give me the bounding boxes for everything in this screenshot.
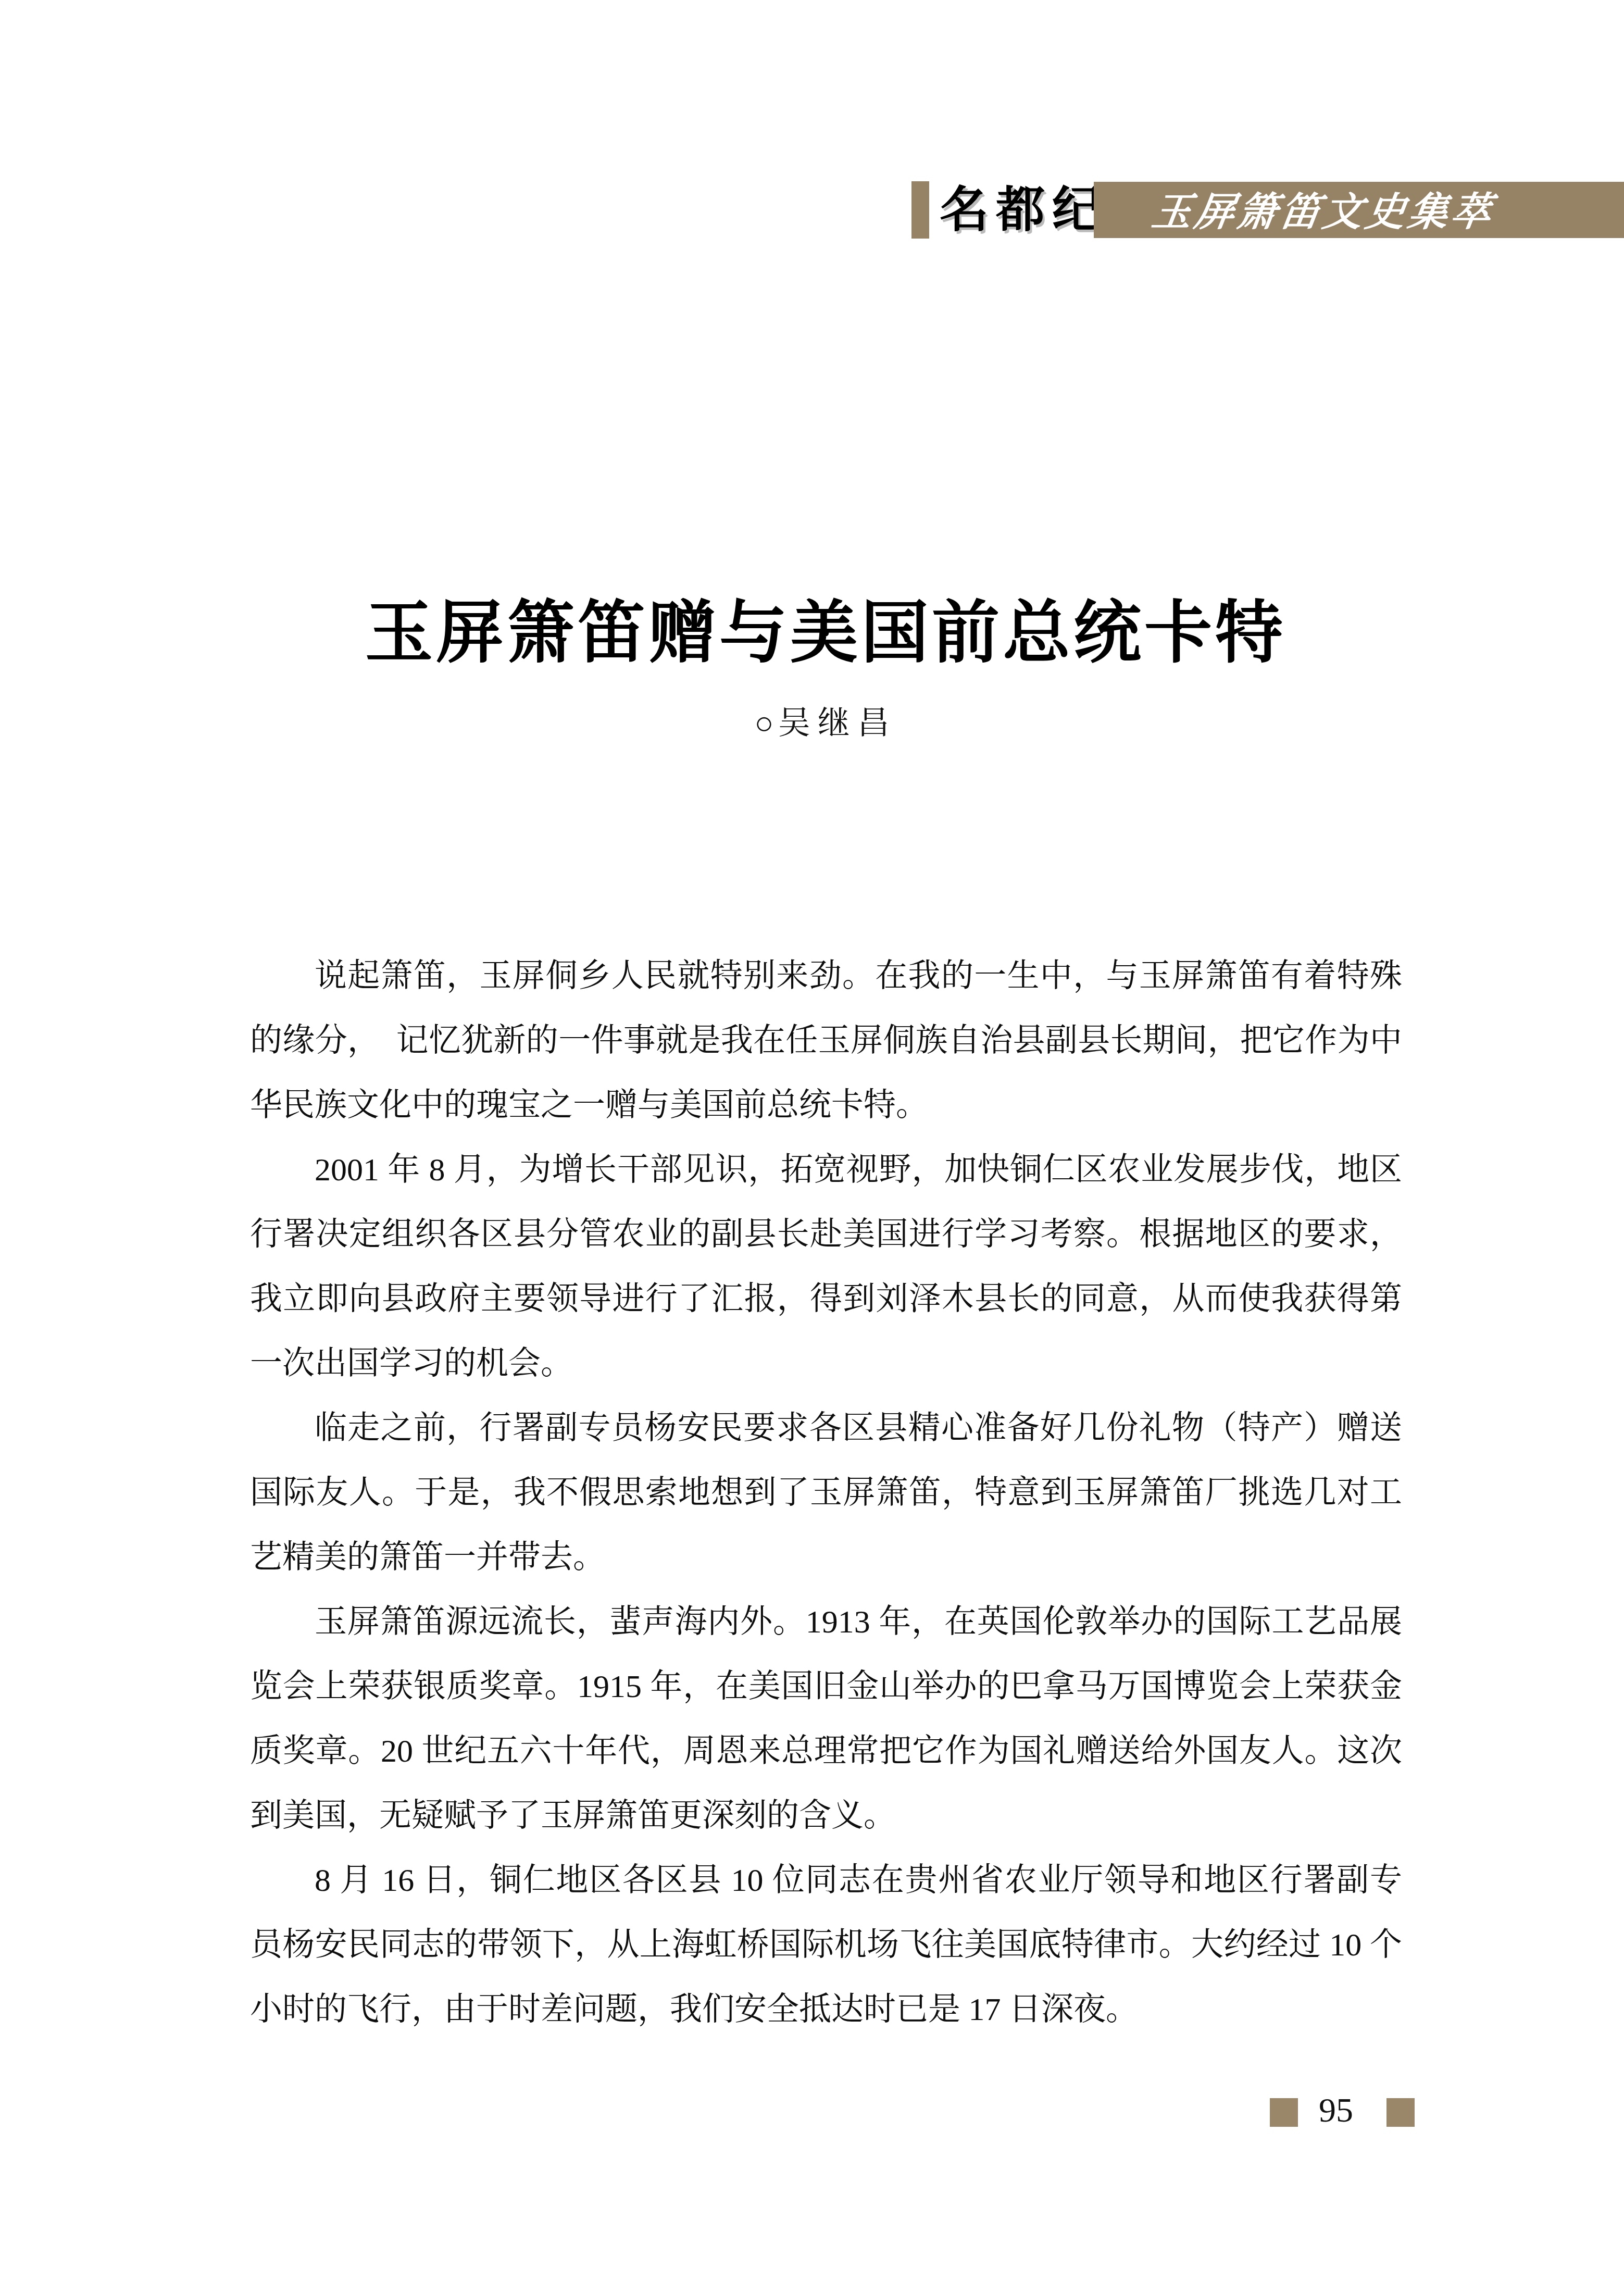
byline-marker: ○ [754, 706, 778, 741]
byline: ○吴继昌 [250, 697, 1401, 743]
header-banner: 玉屏箫笛文史集萃 [1094, 182, 1624, 238]
footer-right-square [1386, 2098, 1415, 2127]
paragraph: 临走之前，行署副专员杨安民要求各区县精心准备好几份礼物（特产）赠送国际友人。于是… [250, 1396, 1402, 1590]
scanned-document-page: { "theme": { "accent_color": "#968264", … [0, 0, 1624, 2269]
paragraph: 2001 年 8 月，为增长干部见识，拓宽视野，加快铜仁区农业发展步伐，地区行署… [250, 1138, 1402, 1396]
paragraph: 8 月 16 日，铜仁地区各区县 10 位同志在贵州省农业厅领导和地区行署副专员… [250, 1848, 1402, 2042]
paragraph: 说起箫笛，玉屏侗乡人民就特别来劲。在我的一生中，与玉屏箫笛有着特殊的缘分， 记忆… [250, 944, 1402, 1138]
header-accent-bar [911, 181, 929, 239]
article-title: 玉屏箫笛赠与美国前总统卡特 [250, 591, 1401, 676]
paragraph: 玉屏箫笛源远流长，蜚声海内外。1913 年，在英国伦敦举办的国际工艺品展览会上荣… [250, 1590, 1402, 1848]
page-number: 95 [1292, 2091, 1380, 2130]
article-body: 说起箫笛，玉屏侗乡人民就特别来劲。在我的一生中，与玉屏箫笛有着特殊的缘分， 记忆… [250, 944, 1402, 2042]
banner-calligraphy-title: 玉屏箫笛文史集萃 [1094, 182, 1624, 238]
author-name: 吴继昌 [778, 706, 897, 741]
